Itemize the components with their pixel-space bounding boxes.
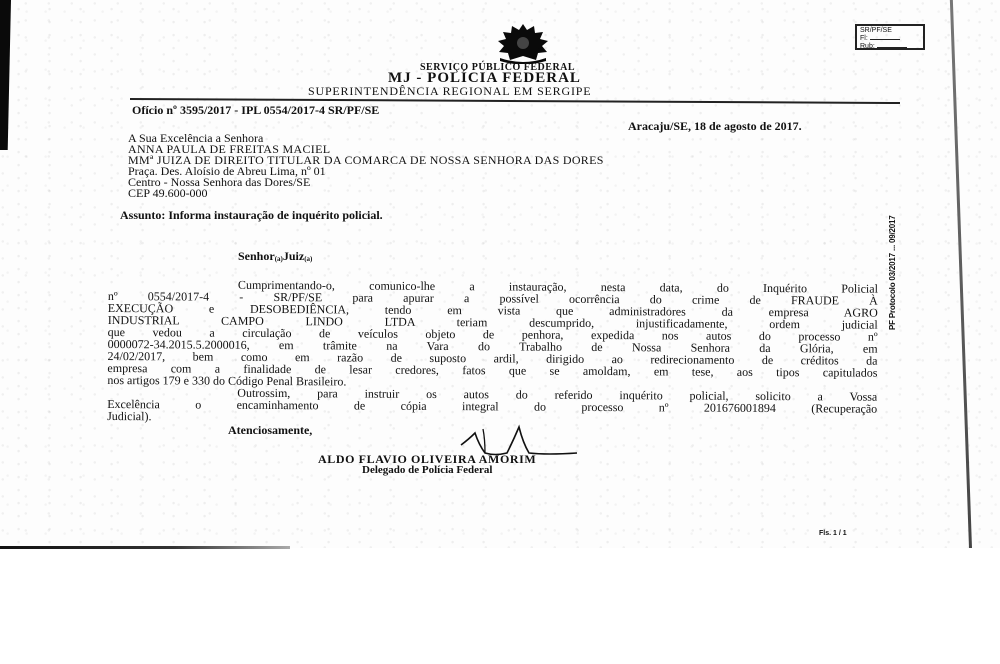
- subject-line: Assunto: Informa instauração de inquérit…: [120, 208, 383, 223]
- coat-of-arms-icon: [478, 22, 568, 64]
- signer-title: Delegado de Polícia Federal: [362, 464, 492, 476]
- header-division: SUPERINTENDÊNCIA REGIONAL EM SERGIPE: [308, 84, 591, 99]
- document-reference: Ofício nº 3595/2017 - IPL 0554/2017-4 SR…: [132, 103, 379, 118]
- salutation: Senhor(a)Juiz(a): [238, 249, 312, 264]
- salutation-word: Senhor: [238, 249, 275, 263]
- protocol-stamp: SR/PF/SE Fl: Rub:: [855, 24, 925, 50]
- stamp-fl-label: Fl:: [860, 35, 868, 42]
- addressee-postal-code: CEP 49.600-000: [128, 188, 604, 199]
- salutation-word: Juiz: [283, 249, 304, 263]
- addressee-block: A Sua Excelência a Senhora ANNA PAULA DE…: [128, 133, 604, 199]
- stamp-unit: SR/PF/SE: [860, 27, 920, 35]
- stamp-rub: Rub:: [860, 43, 920, 51]
- page-number: Fls. 1 / 1: [819, 530, 847, 537]
- stamp-fl: Fl:: [860, 35, 920, 43]
- scan-bottom-border: [0, 546, 290, 549]
- body-paragraph-1: Cumprimentando-o, comunico-lhe a instaur…: [107, 278, 878, 391]
- margin-protocol-stamp: PF Protocolo 03/2017 ... 09/2017: [888, 200, 904, 330]
- document-date: Aracaju/SE, 18 de agosto de 2017.: [628, 119, 802, 134]
- salutation-suffix: (a): [275, 255, 283, 263]
- letter-body: Cumprimentando-o, comunico-lhe a instaur…: [107, 278, 878, 427]
- closing-text: Atenciosamente,: [228, 423, 312, 438]
- stamp-rub-label: Rub:: [860, 43, 875, 50]
- body-paragraph-2: Outrossim, para instruir os autos do ref…: [107, 386, 877, 427]
- salutation-suffix: (a): [304, 255, 312, 263]
